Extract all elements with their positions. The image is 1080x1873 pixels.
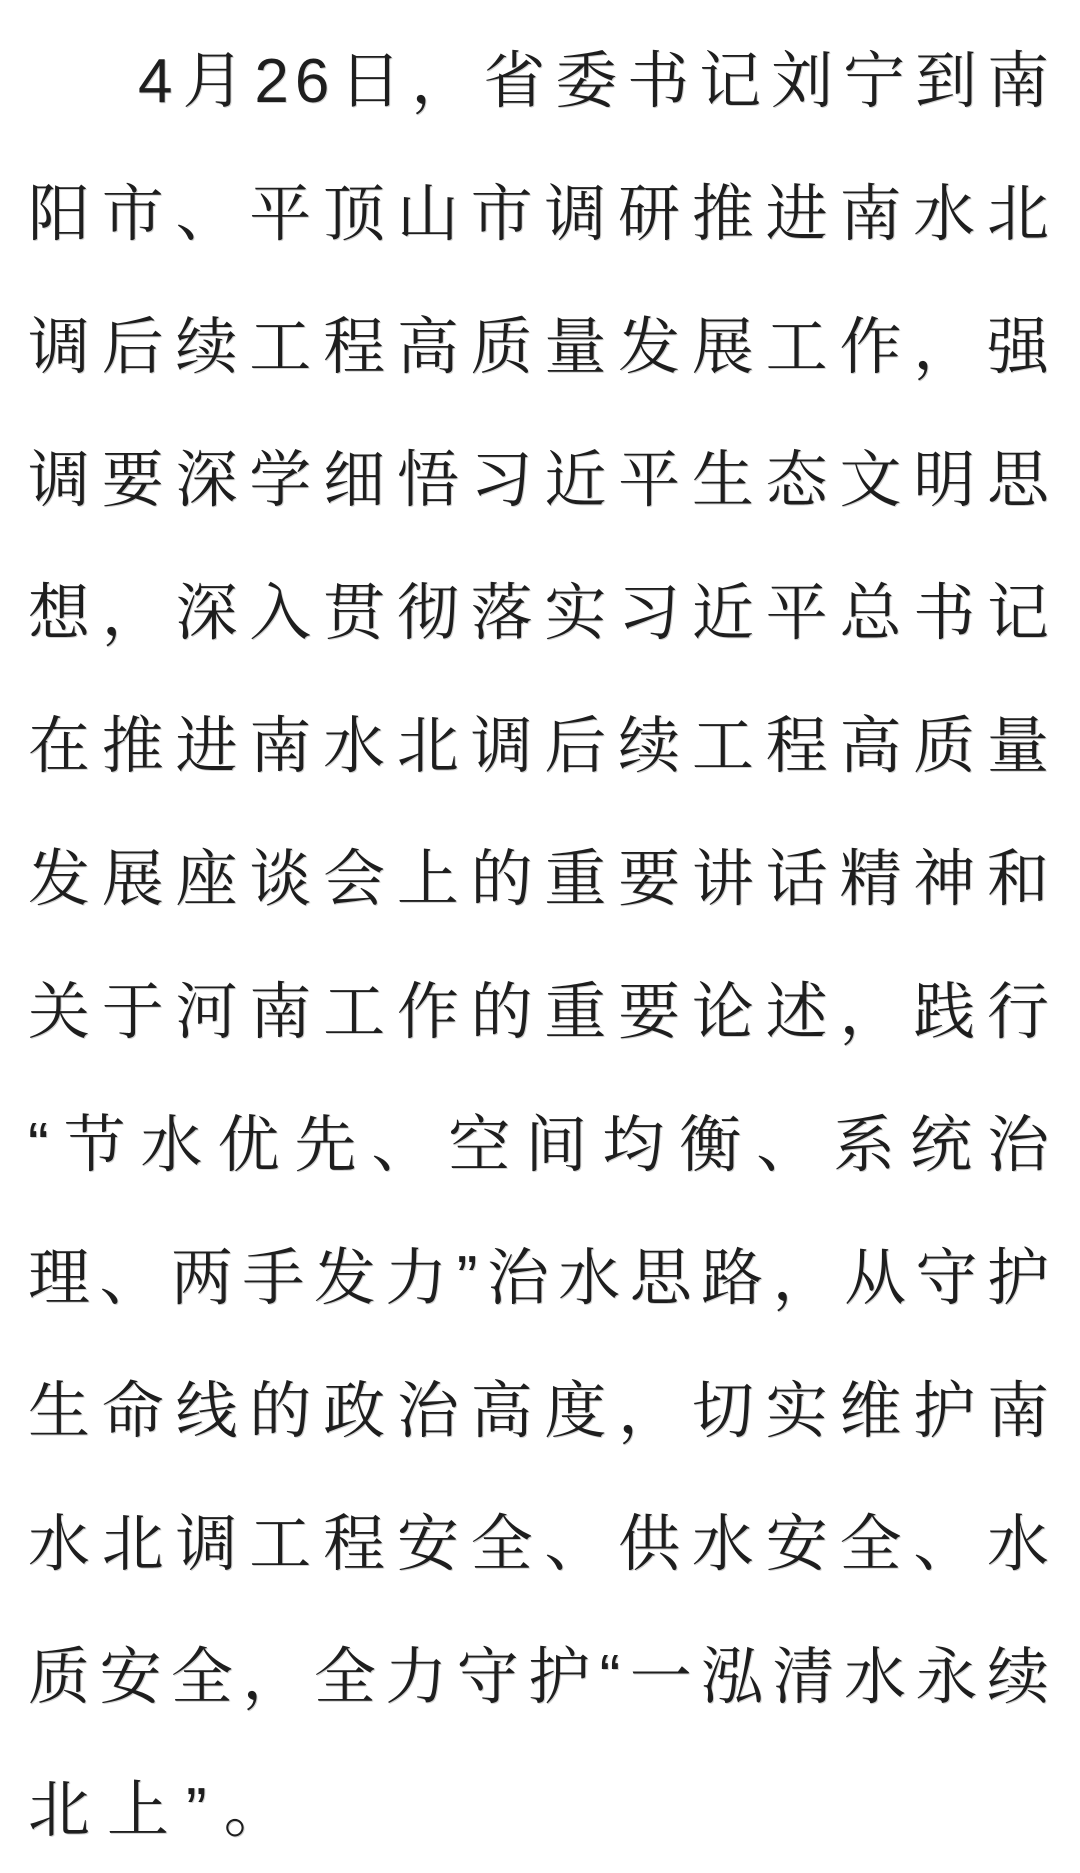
text-line: 想，深入贯彻落实习近平总书记 (28, 547, 1055, 680)
text-line: 生命线的政治高度，切实维护南 (28, 1345, 1055, 1478)
article-page: 4月26日，省委书记刘宁到南阳市、平顶山市调研推进南水北调后续工程高质量发展工作… (0, 0, 1080, 1873)
text-line: 4月26日，省委书记刘宁到南 (28, 15, 1055, 148)
text-line: 调后续工程高质量发展工作，强 (28, 281, 1055, 414)
text-line: 关于河南工作的重要论述，践行 (28, 946, 1055, 1079)
text-line: 质安全，全力守护“一泓清水永续 (28, 1611, 1055, 1744)
article-paragraph: 4月26日，省委书记刘宁到南阳市、平顶山市调研推进南水北调后续工程高质量发展工作… (28, 15, 1055, 1873)
text-line: 理、两手发力”治水思路，从守护 (28, 1212, 1055, 1345)
text-line: 发展座谈会上的重要讲话精神和 (28, 813, 1055, 946)
text-line: 北上”。 (28, 1744, 1055, 1873)
text-line: 在推进南水北调后续工程高质量 (28, 680, 1055, 813)
text-line: 水北调工程安全、供水安全、水 (28, 1478, 1055, 1611)
text-line: “节水优先、空间均衡、系统治 (28, 1079, 1055, 1212)
text-line: 调要深学细悟习近平生态文明思 (28, 414, 1055, 547)
text-line: 阳市、平顶山市调研推进南水北 (28, 148, 1055, 281)
